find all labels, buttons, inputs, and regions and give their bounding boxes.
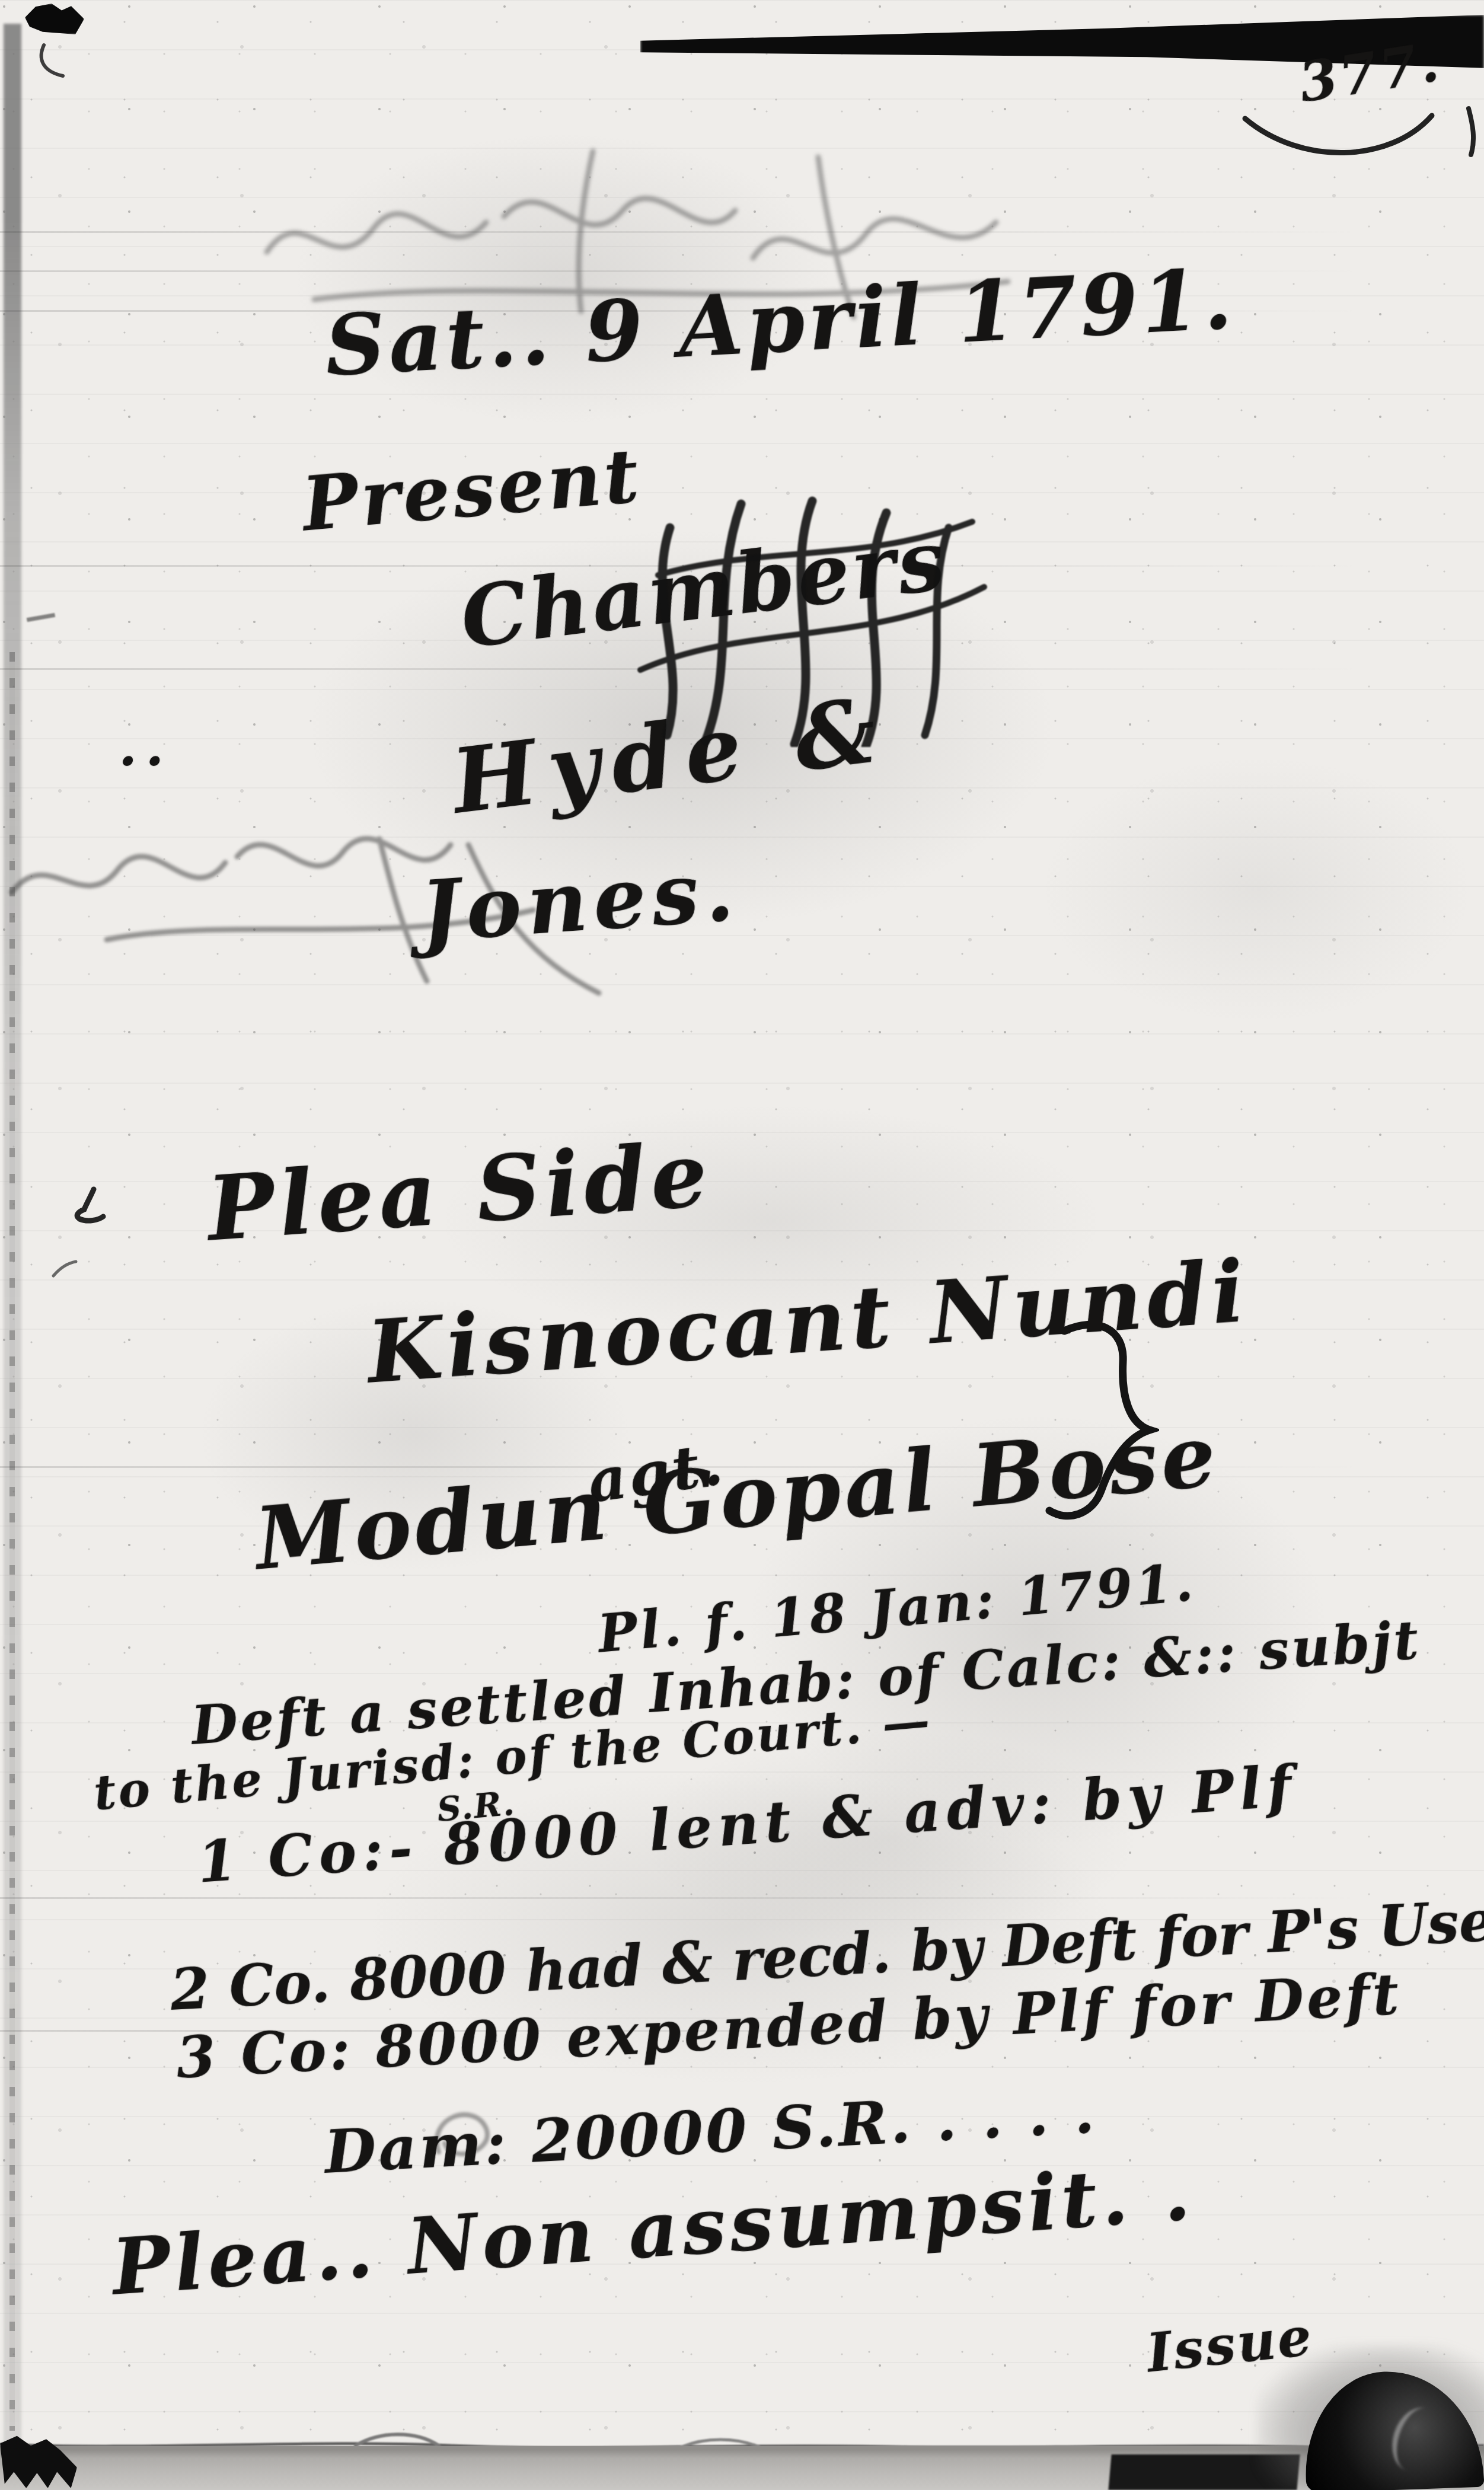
ink-mark [37,41,72,83]
plea-line: Plea.. Non assumpsit. . [110,2153,1196,2306]
margin-dots: .. [119,720,173,774]
manuscript-page: 377. Sat.. 9 April 1791. Present Chamber… [0,0,1484,2490]
scan-line [0,1897,1484,1899]
ink-mark [27,613,55,622]
present-label: Present [299,439,644,542]
ink-mark [70,1186,111,1227]
ink-mark [50,1257,79,1281]
judge-jones: Jones. [418,849,742,954]
ink-scribble [617,486,996,747]
page-number-underline [1236,104,1484,175]
section-title: Plea Side [205,1130,715,1254]
defendant-name: Modun Gopal Bose [252,1413,1223,1583]
top-left-ink-blob [25,4,84,34]
